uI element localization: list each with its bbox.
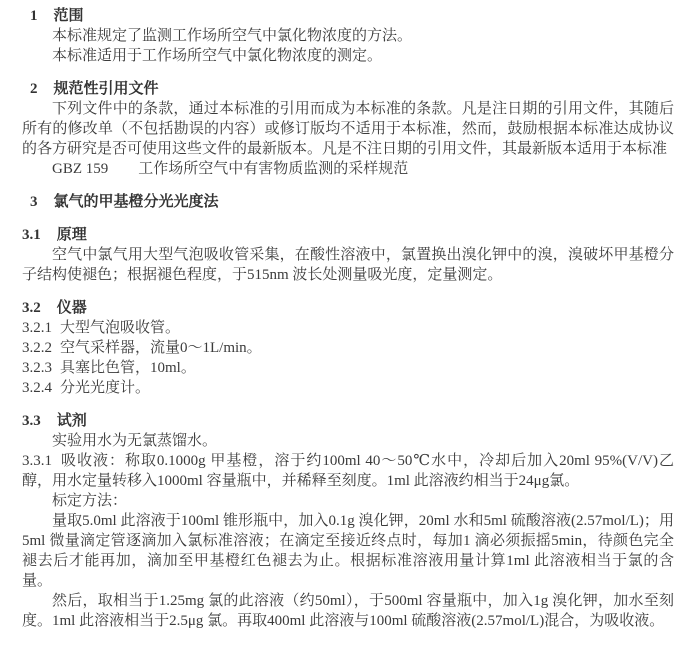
section-3-2-heading: 3.2仪器 bbox=[22, 298, 674, 318]
item-number: 3.3.1 bbox=[22, 453, 52, 469]
section-3-3-heading: 3.3试剂 bbox=[22, 411, 674, 431]
section-2-title: 规范性引用文件 bbox=[54, 81, 159, 97]
section-1-number: 1 bbox=[30, 6, 38, 26]
reagent-item-3-3-1: 3.3.1吸收液：称取0.1000g 甲基橙，溶于约100ml 40～50℃水中… bbox=[22, 451, 674, 491]
section-3-3-paragraph-1: 实验用水为无氯蒸馏水。 bbox=[22, 431, 674, 451]
instrument-item-1: 3.2.1大型气泡吸收管。 bbox=[22, 318, 674, 338]
section-3-1-number: 3.1 bbox=[22, 225, 41, 245]
item-number: 3.2.1 bbox=[22, 320, 52, 336]
section-3-2-title: 仪器 bbox=[57, 300, 87, 316]
section-1-heading: 1范围 bbox=[22, 6, 674, 26]
item-text: 大型气泡吸收管。 bbox=[60, 320, 180, 336]
calibration-method-label: 标定方法： bbox=[22, 491, 674, 511]
section-1-paragraph-2: 本标准适用于工作场所空气中氯化物浓度的测定。 bbox=[22, 46, 674, 66]
reference-title: 工作场所空气中有害物质监测的采样规范 bbox=[138, 161, 408, 177]
item-text: 分光光度计。 bbox=[60, 380, 150, 396]
section-1-title: 范围 bbox=[54, 8, 84, 24]
dilution-paragraph: 然后，取相当于1.25mg 氯的此溶液（约50ml），于500ml 容量瓶中，加… bbox=[22, 591, 674, 631]
item-text: 具塞比色管，10ml。 bbox=[60, 360, 196, 376]
section-3-1-paragraph-1: 空气中氯气用大型气泡吸收管采集，在酸性溶液中，氯置换出溴化钾中的溴，溴破坏甲基橙… bbox=[22, 245, 674, 285]
standard-document-page: 1范围 本标准规定了监测工作场所空气中氯化物浓度的方法。 本标准适用于工作场所空… bbox=[0, 0, 695, 645]
instrument-item-4: 3.2.4分光光度计。 bbox=[22, 378, 674, 398]
item-number: 3.2.2 bbox=[22, 340, 52, 356]
item-text: 吸收液：称取0.1000g 甲基橙，溶于约100ml 40～50℃水中，冷却后加… bbox=[22, 453, 674, 489]
instrument-item-2: 3.2.2空气采样器，流量0～1L/min。 bbox=[22, 338, 674, 358]
item-number: 3.2.4 bbox=[22, 380, 52, 396]
section-3-1-heading: 3.1原理 bbox=[22, 225, 674, 245]
section-3-3-number: 3.3 bbox=[22, 411, 41, 431]
instrument-item-3: 3.2.3具塞比色管，10ml。 bbox=[22, 358, 674, 378]
section-3-2-number: 3.2 bbox=[22, 298, 41, 318]
section-2-paragraph-1: 下列文件中的条款，通过本标准的引用而成为本标准的条款。凡是注日期的引用文件，其随… bbox=[22, 99, 674, 159]
section-3-title: 氯气的甲基橙分光光度法 bbox=[54, 194, 219, 210]
section-1-paragraph-1: 本标准规定了监测工作场所空气中氯化物浓度的方法。 bbox=[22, 26, 674, 46]
section-3-3-title: 试剂 bbox=[57, 413, 87, 429]
section-2-number: 2 bbox=[30, 79, 38, 99]
reference-code: GBZ 159 bbox=[52, 161, 108, 177]
section-3-1-title: 原理 bbox=[57, 227, 87, 243]
section-3-heading: 3氯气的甲基橙分光光度法 bbox=[22, 192, 674, 212]
item-text: 空气采样器，流量0～1L/min。 bbox=[60, 340, 262, 356]
normative-reference-line: GBZ 159工作场所空气中有害物质监测的采样规范 bbox=[22, 159, 674, 179]
section-2-heading: 2规范性引用文件 bbox=[22, 79, 674, 99]
item-number: 3.2.3 bbox=[22, 360, 52, 376]
calibration-method-paragraph: 量取5.0ml 此溶液于100ml 锥形瓶中，加入0.1g 溴化钾，20ml 水… bbox=[22, 511, 674, 591]
section-3-number: 3 bbox=[30, 192, 38, 212]
